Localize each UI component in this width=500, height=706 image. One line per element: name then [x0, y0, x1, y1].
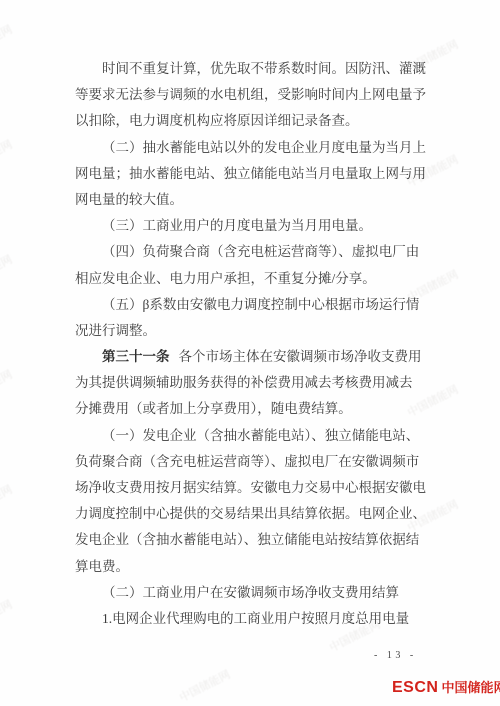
- text-line: （五）β系数由安徽电力调度控制中心根据市场运行情: [75, 292, 431, 318]
- text-line: 1.电网企业代理购电的工商业用户按照月度总用电量: [75, 606, 431, 632]
- watermark-text: 中国储能网: [0, 596, 15, 635]
- text-line: 为其提供调频辅助服务获得的补偿费用减去考核费用减去: [75, 370, 431, 396]
- watermark-text: 中国储能网: [0, 366, 15, 405]
- article-number-bold: 第三十一条: [102, 349, 170, 364]
- text-line: 发电企业（含抽水蓄能电站）、独立储能电站按结算依据结: [75, 527, 431, 553]
- watermark-text: 中国储能网: [0, 481, 15, 520]
- text-line: 负荷聚合商（含充电桩运营商等）、虚拟电厂在安徽调频市: [75, 449, 431, 475]
- text-line: （二）工商业用户在安徽调频市场净收支费用结算: [75, 580, 431, 606]
- text-line: （二）抽水蓄能电站以外的发电企业月度电量为当月上: [75, 135, 431, 161]
- watermark-text: 中国储能网: [0, 251, 15, 290]
- text-line: 以扣除，电力调度机构应将原因详细记录备查。: [75, 108, 431, 134]
- text-line: 时间不重复计算，优先取不带系数时间。因防汛、灌溉: [75, 56, 431, 82]
- watermark-text: 中国储能网: [0, 21, 15, 60]
- body-text: 时间不重复计算，优先取不带系数时间。因防汛、灌溉等要求无法参与调频的水电机组，受…: [75, 56, 431, 632]
- page-number: - 13 -: [374, 650, 417, 661]
- text-line: （四）负荷聚合商（含充电桩运营商等）、虚拟电厂由: [75, 239, 431, 265]
- text-line: 分摊费用（或者加上分享费用），随电费结算。: [75, 396, 431, 422]
- text-line: 网电量的较大值。: [75, 187, 431, 213]
- escn-logo-chinese: 中国储能网: [441, 677, 500, 696]
- text-line: 网电量；抽水蓄能电站、独立储能电站当月电量取上网与用: [75, 161, 431, 187]
- text-line: （三）工商业用户的月度电量为当月用电量。: [75, 213, 431, 239]
- escn-logo: ESCN 中国储能网: [392, 677, 500, 697]
- watermark-text: 中国储能网: [0, 136, 15, 175]
- text-line: 相应发电企业、电力用户承担，不重复分摊/分享。: [75, 266, 431, 292]
- text-line: 等要求无法参与调频的水电机组，受影响时间内上网电量予: [75, 82, 431, 108]
- document-page: 中国储能网 中国储能网 中国储能网 中国储能网 中国储能网 中国储能网 中国储能…: [0, 0, 500, 706]
- escn-logo-latin: ESCN: [392, 679, 438, 697]
- watermark-text: 中国储能网: [176, 666, 232, 705]
- text-line: 况进行调整。: [75, 318, 431, 344]
- text-line: 第三十一条各个市场主体在安徽调频市场净收支费用: [75, 344, 431, 370]
- text-line: 力调度控制中心提供的交易结果出具结算依据。电网企业、: [75, 501, 431, 527]
- text-line: （一）发电企业（含抽水蓄能电站）、独立储能电站、: [75, 423, 431, 449]
- text-line: 场净收支费用按月据实结算。安徽电力交易中心根据安徽电: [75, 475, 431, 501]
- text-line: 算电费。: [75, 554, 431, 580]
